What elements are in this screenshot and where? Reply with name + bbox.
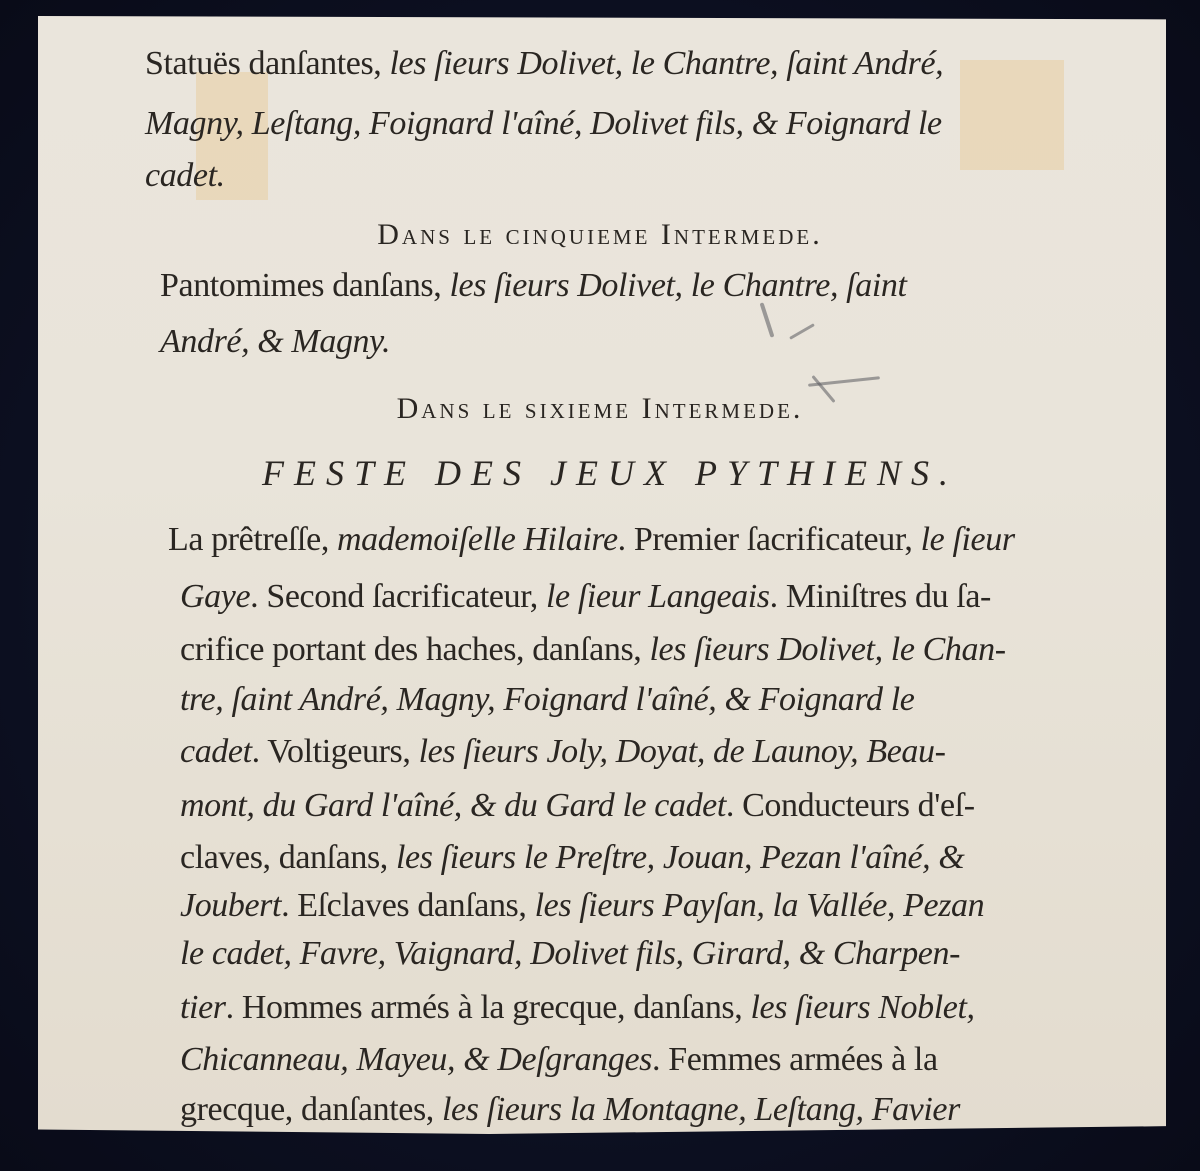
text-line: Pantomimes danſans, les ſieurs Dolivet, … <box>160 266 907 306</box>
text-line: cadet. <box>145 156 225 196</box>
italic-text: mont, du Gard l'aîné, & du Gard le cadet <box>180 787 726 824</box>
roman-text: . Premier ſacrificateur, <box>618 521 921 558</box>
page-text: Statuës danſantes, les ſieurs Dolivet, l… <box>0 0 1200 1171</box>
text-line: Joubert. Eſclaves danſans, les ſieurs Pa… <box>180 886 984 926</box>
text-line: Statuës danſantes, les ſieurs Dolivet, l… <box>145 44 943 84</box>
text-line: le cadet, Favre, Vaignard, Dolivet fils,… <box>180 934 960 974</box>
italic-text: Chicanneau, Mayeu, & Deſgranges <box>180 1041 652 1078</box>
pencil-mark <box>789 323 815 340</box>
roman-text: grecque, danſantes, <box>180 1091 442 1128</box>
italic-text: le ſieur Langeais <box>546 578 770 615</box>
italic-text: les ſieurs Noblet, <box>750 989 974 1026</box>
italic-text: Joubert <box>180 887 281 924</box>
text-line: tier. Hommes armés à la grecque, danſans… <box>180 988 975 1028</box>
feste-title: FESTE DES JEUX PYTHIENS. <box>0 452 1200 494</box>
roman-text: . Voltigeurs, <box>252 733 419 770</box>
section-heading-fifth-intermede: Dans le cinquieme Intermede. <box>0 218 1200 252</box>
text-line: crifice portant des haches, danſans, les… <box>180 630 1006 670</box>
roman-text: . Femmes armées à la <box>652 1041 938 1078</box>
italic-text: André, & Magny. <box>160 323 390 360</box>
roman-text: claves, danſans, <box>180 839 396 876</box>
roman-text: La prêtreſſe, <box>168 521 337 558</box>
section-heading-sixth-intermede: Dans le sixieme Intermede. <box>0 392 1200 426</box>
roman-text: Pantomimes danſans, <box>160 267 449 304</box>
italic-text: cadet <box>180 733 252 770</box>
text-line: claves, danſans, les ſieurs le Preſtre, … <box>180 838 964 878</box>
italic-text: Gaye <box>180 578 250 615</box>
text-line: La prêtreſſe, mademoiſelle Hilaire. Prem… <box>168 520 1015 560</box>
italic-text: le cadet, Favre, Vaignard, Dolivet fils,… <box>180 935 960 972</box>
text-line: Gaye. Second ſacrificateur, le ſieur Lan… <box>180 577 991 617</box>
italic-text: les ſieurs la Montagne, Leſtang, Favier <box>442 1091 960 1128</box>
italic-text: les ſieurs Dolivet, le Chan- <box>650 631 1006 668</box>
italic-text: les ſieurs Payſan, la Vallée, Pezan <box>535 887 985 924</box>
text-line: Magny, Leſtang, Foignard l'aîné, Dolivet… <box>145 104 942 144</box>
text-line: grecque, danſantes, les ſieurs la Montag… <box>180 1090 960 1130</box>
roman-text: Statuës danſantes, <box>145 45 390 82</box>
italic-text: Magny, Leſtang, Foignard l'aîné, Dolivet… <box>145 105 942 142</box>
italic-text: cadet. <box>145 157 225 194</box>
italic-text: les ſieurs le Preſtre, Jouan, Pezan l'aî… <box>396 839 964 876</box>
italic-text: le ſieur <box>921 521 1015 558</box>
roman-text: . Conducteurs d'eſ- <box>726 787 975 824</box>
italic-text: les ſieurs Dolivet, le Chantre, ſaint <box>449 267 906 304</box>
italic-text: les ſieurs Joly, Doyat, de Launoy, Beau- <box>419 733 946 770</box>
pencil-mark <box>760 302 775 337</box>
roman-text: crifice portant des haches, danſans, <box>180 631 650 668</box>
text-line: tre, ſaint André, Magny, Foignard l'aîné… <box>180 680 914 720</box>
roman-text: . Second ſacrificateur, <box>250 578 546 615</box>
roman-text: . Eſclaves danſans, <box>281 887 535 924</box>
text-line: cadet. Voltigeurs, les ſieurs Joly, Doya… <box>180 732 946 772</box>
italic-text: mademoiſelle Hilaire <box>337 521 618 558</box>
roman-text: . Hommes armés à la grecque, danſans, <box>226 989 751 1026</box>
text-line: André, & Magny. <box>160 322 390 362</box>
text-line: Chicanneau, Mayeu, & Deſgranges. Femmes … <box>180 1040 938 1080</box>
italic-text: les ſieurs Dolivet, le Chantre, ſaint An… <box>390 45 944 82</box>
text-line: mont, du Gard l'aîné, & du Gard le cadet… <box>180 786 975 826</box>
italic-text: tre, ſaint André, Magny, Foignard l'aîné… <box>180 681 914 718</box>
italic-text: tier <box>180 989 226 1026</box>
roman-text: . Miniſtres du ſa- <box>770 578 991 615</box>
